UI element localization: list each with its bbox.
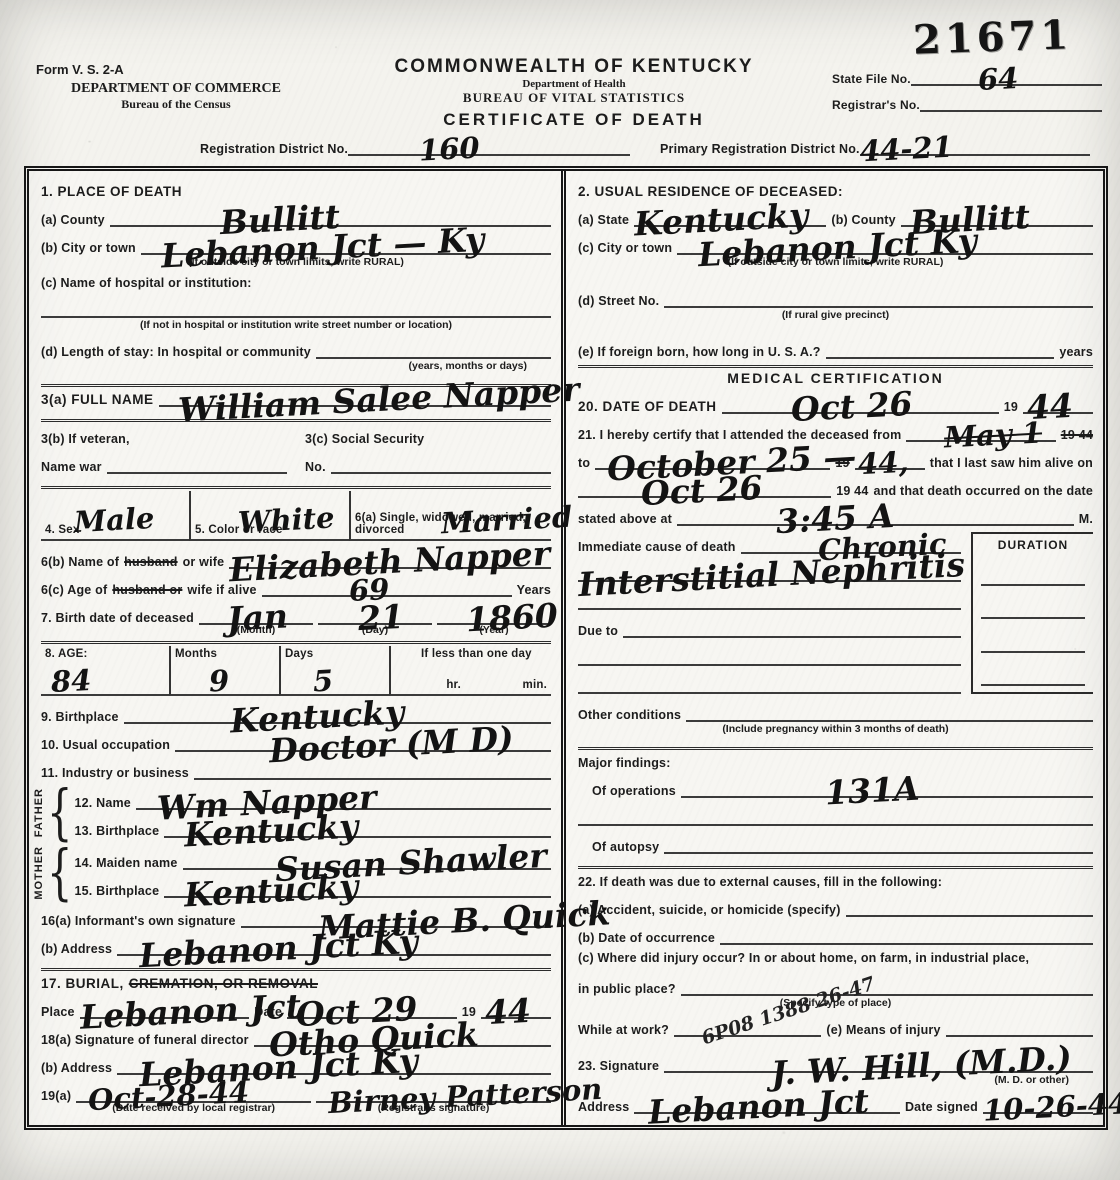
mother-birthplace-value: Kentucky bbox=[183, 872, 359, 909]
state-file-value: 64 bbox=[977, 66, 1019, 93]
funeral-address-line: Lebanon Jct Ky bbox=[117, 1059, 551, 1075]
father-birthplace-line: Kentucky bbox=[164, 822, 551, 838]
department-of-health: Department of Health bbox=[324, 78, 824, 90]
residence-street-label: (d) Street No. bbox=[578, 294, 659, 308]
registrar-date-line: Oct-28-44 (Date received by local regist… bbox=[76, 1087, 311, 1103]
date-signed-label: Date signed bbox=[905, 1100, 978, 1114]
birthdate-row: 7. Birth date of deceased Jan (Month) 21… bbox=[41, 607, 551, 625]
mother-maiden-label: 14. Maiden name bbox=[74, 856, 177, 870]
duration-box: DURATION bbox=[971, 532, 1093, 694]
header-center: COMMONWEALTH OF KENTUCKY Department of H… bbox=[324, 56, 824, 130]
birth-month-value: Jan bbox=[227, 602, 289, 633]
major-findings-row: Major findings: bbox=[578, 747, 1093, 770]
birthplace-label: 9. Birthplace bbox=[41, 710, 119, 724]
immediate-cause-row-2: Interstitial Nephritis bbox=[578, 564, 961, 582]
cause-blank-row-3 bbox=[578, 676, 961, 694]
veteran-ssn-row: 3(b) If veteran, Name war 3(c) Social Se… bbox=[41, 419, 551, 474]
registration-district-value: 160 bbox=[418, 136, 480, 164]
header-right: State File No. 64 Registrar's No. bbox=[832, 56, 1102, 122]
residence-street-row: (d) Street No. bbox=[578, 290, 1093, 308]
residence-state-label: (a) State bbox=[578, 213, 629, 227]
other-conditions-row: Other conditions bbox=[578, 704, 1093, 722]
father-side-label: FATHER bbox=[33, 788, 45, 837]
birth-month-line: Jan (Month) bbox=[199, 609, 313, 625]
duration-label: DURATION bbox=[981, 538, 1085, 552]
autopsy-label: Of autopsy bbox=[592, 840, 659, 854]
pod-stay-line bbox=[316, 343, 551, 359]
pod-county-line: Bullitt bbox=[110, 211, 551, 227]
funeral-address-row: (b) Address Lebanon Jct Ky bbox=[41, 1057, 551, 1075]
certify-from-year: 19 44 bbox=[1061, 428, 1093, 442]
age-lessday-label: If less than one day bbox=[421, 648, 532, 661]
informant-address-label: (b) Address bbox=[41, 942, 112, 956]
physician-address-value: Lebanon Jct bbox=[647, 1087, 869, 1127]
birth-day-line: 21 (Day) bbox=[318, 609, 432, 625]
certify-seen-year: 19 44 bbox=[836, 484, 868, 498]
operations-line: 131A bbox=[681, 782, 1093, 798]
pod-hospital-label: (c) Name of hospital or institution: bbox=[41, 276, 252, 290]
duration-line-3 bbox=[981, 639, 1085, 653]
age-row: 8. AGE: 84 Months 9 Days 5 If less than … bbox=[41, 641, 551, 696]
registrar-row-label: 19(a) bbox=[41, 1089, 71, 1103]
external-causes-title-row: 22. If death was due to external causes,… bbox=[578, 866, 1093, 889]
date-of-death-value: Oct 26 bbox=[790, 390, 913, 424]
certify-meridiem: M. bbox=[1079, 512, 1093, 526]
age-days-label: Days bbox=[285, 648, 313, 661]
burial-place-line: Lebanon Jct bbox=[80, 1003, 250, 1019]
external-causes-title: 22. If death was due to external causes,… bbox=[578, 875, 942, 889]
ssn-no-label: No. bbox=[305, 460, 326, 474]
age-months-label: Months bbox=[175, 648, 217, 661]
marital-cell: 6(a) Single, widowed, married, divorced … bbox=[349, 491, 551, 541]
informant-address-value: Lebanon Jct Ky bbox=[138, 927, 418, 970]
father-name-label: 12. Name bbox=[74, 796, 131, 810]
father-birthplace-label: 13. Birthplace bbox=[74, 824, 159, 838]
accident-row: (a) Accident, suicide, or homicide (spec… bbox=[578, 899, 1093, 917]
operations-value: 131A bbox=[824, 774, 920, 807]
department-of-commerce: DEPARTMENT OF COMMERCE bbox=[36, 81, 316, 97]
right-column: 2. USUAL RESIDENCE OF DECEASED: (a) Stat… bbox=[566, 171, 1103, 1125]
autopsy-line bbox=[664, 838, 1093, 854]
occupation-value: Doctor (M D) bbox=[268, 725, 514, 766]
birth-day-value: 21 bbox=[357, 603, 404, 633]
injury-where-label-2: in public place? bbox=[578, 982, 676, 996]
age-years-cell: 8. AGE: 84 bbox=[41, 646, 169, 696]
spouse-age-label-pre: 6(c) Age of bbox=[41, 583, 107, 597]
registration-district-line: 160 bbox=[348, 140, 630, 156]
spouse-name-label-struck: husband bbox=[124, 555, 177, 569]
burial-title: 17. BURIAL, bbox=[41, 976, 124, 991]
major-findings-label: Major findings: bbox=[578, 756, 671, 770]
pod-stay-hint: (years, months or days) bbox=[41, 360, 551, 372]
operations-row: Of operations 131A bbox=[578, 780, 1093, 798]
certify-to-year-line: 44, bbox=[855, 454, 925, 470]
father-group: FATHER { 12. Name Wm Napper 13. Birthpla… bbox=[41, 788, 551, 838]
foreign-born-row: (e) If foreign born, how long in U. S. A… bbox=[578, 341, 1093, 359]
certificate-title: CERTIFICATE OF DEATH bbox=[324, 110, 824, 130]
spouse-name-label-post: or wife bbox=[183, 555, 225, 569]
place-of-death-title: 1. PLACE OF DEATH bbox=[41, 184, 182, 199]
residence-street-line bbox=[664, 292, 1093, 308]
burial-place-label: Place bbox=[41, 1005, 75, 1019]
means-of-injury-line bbox=[946, 1021, 1093, 1037]
residence-street-hint: (If rural give precinct) bbox=[578, 309, 1093, 321]
age-min-label: min. bbox=[523, 679, 547, 692]
bureau-vital-statistics: BUREAU OF VITAL STATISTICS bbox=[324, 90, 824, 106]
operations-label: Of operations bbox=[592, 784, 676, 798]
foreign-born-suffix: years bbox=[1059, 345, 1093, 359]
primary-district-value: 44-21 bbox=[859, 135, 953, 164]
mother-side-label: MOTHER bbox=[33, 846, 45, 900]
header-left: Form V. S. 2-A DEPARTMENT OF COMMERCE Bu… bbox=[36, 56, 316, 112]
cause-blank-line-3 bbox=[578, 678, 961, 694]
birth-year-line: 1860 (Year) bbox=[437, 609, 551, 625]
race-value: White bbox=[238, 506, 336, 536]
other-conditions-hint: (Include pregnancy within 3 months of de… bbox=[578, 723, 1093, 735]
cause-of-death-block: Immediate cause of death Chronic Interst… bbox=[578, 532, 1093, 694]
cause-blank-line-2 bbox=[578, 650, 961, 666]
certify-to-year-value: 44, bbox=[858, 450, 910, 477]
physician-signature-label: 23. Signature bbox=[578, 1059, 659, 1073]
registrar-no-label: Registrar's No. bbox=[832, 98, 920, 112]
other-conditions-label: Other conditions bbox=[578, 708, 681, 722]
certify-text-2: that I last saw him alive on bbox=[930, 456, 1093, 470]
age-lessday-cell: If less than one day hr. min. bbox=[389, 646, 551, 696]
due-to-line bbox=[623, 622, 961, 638]
injury-where-line bbox=[681, 980, 1093, 996]
date-of-death-label: 20. DATE OF DEATH bbox=[578, 399, 717, 414]
registrar-no-line bbox=[920, 96, 1102, 112]
age-months-value: 9 bbox=[208, 669, 229, 695]
age-years-value: 84 bbox=[51, 668, 93, 695]
informant-row: 16(a) Informant's own signature Mattie B… bbox=[41, 910, 551, 928]
accident-line bbox=[846, 901, 1093, 917]
physician-address-row: Address Lebanon Jct Date signed 10-26-44 bbox=[578, 1096, 1093, 1114]
injury-where-row-1: (c) Where did injury occur? In or about … bbox=[578, 949, 1093, 968]
immediate-cause-line-2: Interstitial Nephritis bbox=[578, 566, 961, 582]
physician-signature-line: J. W. Hill, (M.D.) bbox=[664, 1057, 1093, 1073]
district-row: Registration District No. 160 Primary Re… bbox=[200, 140, 1090, 156]
autopsy-row: Of autopsy bbox=[578, 836, 1093, 854]
certify-row-2: to October 25 — 19 44, that I last saw h… bbox=[578, 452, 1093, 470]
informant-label: 16(a) Informant's own signature bbox=[41, 914, 236, 928]
medical-certification-title: MEDICAL CERTIFICATION bbox=[578, 365, 1093, 386]
birthdate-label: 7. Birth date of deceased bbox=[41, 611, 194, 625]
age-days-value: 5 bbox=[313, 669, 334, 695]
father-brace: { bbox=[47, 783, 72, 843]
date-signed-line: 10-26-44 bbox=[983, 1098, 1093, 1114]
injury-where-label-1: (c) Where did injury occur? In or about … bbox=[578, 949, 1029, 968]
foreign-born-line bbox=[826, 343, 1055, 359]
residence-city-label: (c) City or town bbox=[578, 241, 672, 255]
veteran-label: 3(b) If veteran, bbox=[41, 432, 130, 446]
foreign-born-label: (e) If foreign born, how long in U. S. A… bbox=[578, 345, 821, 359]
mother-birthplace-line: Kentucky bbox=[164, 882, 551, 898]
certify-text-3: and that death occurred on the date bbox=[873, 484, 1093, 498]
full-name-value: William Salee Napper bbox=[178, 375, 581, 424]
funeral-director-label: 18(a) Signature of funeral director bbox=[41, 1033, 249, 1047]
accident-label: (a) Accident, suicide, or homicide (spec… bbox=[578, 903, 841, 917]
spouse-name-label-pre: 6(b) Name of bbox=[41, 555, 119, 569]
pod-city-line: Lebanon Jct — Ky bbox=[141, 239, 551, 255]
certify-row-3: Oct 26 19 44 and that death occurred on … bbox=[578, 480, 1093, 498]
sex-value: Male bbox=[73, 506, 155, 535]
duration-line-4 bbox=[981, 672, 1085, 686]
bureau-of-census: Bureau of the Census bbox=[36, 97, 316, 112]
funeral-address-label: (b) Address bbox=[41, 1061, 112, 1075]
certify-time-line: 3:45 A bbox=[677, 510, 1074, 526]
spouse-age-suffix: Years bbox=[517, 583, 551, 597]
means-of-injury-label: (e) Means of injury bbox=[826, 1023, 940, 1037]
registrar-signature-line: Birney Patterson (Registrar's signature) bbox=[316, 1087, 551, 1103]
veteran-war-label: Name war bbox=[41, 460, 102, 474]
residence-state-county-row: (a) State Kentucky (b) County Bullitt bbox=[578, 209, 1093, 227]
race-cell: 5. Color or race White bbox=[189, 491, 349, 541]
immediate-cause-label: Immediate cause of death bbox=[578, 540, 736, 554]
occurrence-row: (b) Date of occurrence bbox=[578, 927, 1093, 945]
date-of-death-year-line: 44 bbox=[1023, 398, 1093, 414]
birth-year-value: 1860 bbox=[465, 602, 558, 635]
death-certificate-scan: 21671 Form V. S. 2-A DEPARTMENT OF COMME… bbox=[0, 0, 1120, 1180]
state-file-line: 64 bbox=[911, 70, 1102, 86]
form-number: Form V. S. 2-A bbox=[36, 62, 316, 77]
certify-to-label: to bbox=[578, 456, 590, 470]
cause-blank-row-2 bbox=[578, 648, 961, 666]
due-to-row: Due to bbox=[578, 620, 961, 638]
certify-text-4: stated above at bbox=[578, 512, 672, 526]
pod-city-label: (b) City or town bbox=[41, 241, 136, 255]
at-work-row: While at work? (e) Means of injury bbox=[578, 1019, 1093, 1037]
burial-year-line: 44 bbox=[481, 1003, 551, 1019]
residence-state-line: Kentucky bbox=[634, 211, 826, 227]
certify-to-line: October 25 — bbox=[595, 454, 830, 470]
spouse-name-row: 6(b) Name of husband or wife Elizabeth N… bbox=[41, 551, 551, 569]
date-of-death-year-prefix: 19 bbox=[1004, 400, 1018, 414]
state-file-label: State File No. bbox=[832, 72, 911, 86]
full-name-line: William Salee Napper bbox=[159, 391, 551, 407]
file-number-stamp: 21671 bbox=[912, 11, 1073, 64]
other-conditions-line bbox=[686, 706, 1093, 722]
age-months-cell: Months 9 bbox=[169, 646, 279, 696]
physician-signature-row: 23. Signature J. W. Hill, (M.D.) bbox=[578, 1055, 1093, 1073]
date-signed-value: 10-26-44 bbox=[982, 1091, 1120, 1123]
occupation-row: 10. Usual occupation Doctor (M D) bbox=[41, 734, 551, 752]
spouse-name-line: Elizabeth Napper bbox=[229, 553, 551, 569]
mother-brace: { bbox=[47, 843, 72, 903]
primary-district-line: 44-21 bbox=[860, 140, 1090, 156]
date-of-death-row: 20. DATE OF DEATH Oct 26 19 44 bbox=[578, 396, 1093, 414]
full-name-label: 3(a) FULL NAME bbox=[41, 392, 154, 407]
occurrence-label: (b) Date of occurrence bbox=[578, 931, 715, 945]
registrar-date-value: Oct-28-44 bbox=[87, 1080, 249, 1113]
duration-line-1 bbox=[981, 572, 1085, 586]
residence-city-line: Lebanon Jct Ky bbox=[677, 239, 1093, 255]
certificate-body: 1. PLACE OF DEATH (a) County Bullitt (b)… bbox=[24, 166, 1108, 1130]
registrar-row: 19(a) Oct-28-44 (Date received by local … bbox=[41, 1085, 551, 1103]
age-days-cell: Days 5 bbox=[279, 646, 389, 696]
pod-hospital-line bbox=[41, 302, 551, 318]
left-column: 1. PLACE OF DEATH (a) County Bullitt (b)… bbox=[29, 171, 566, 1125]
at-work-label: While at work? bbox=[578, 1023, 669, 1037]
informant-address-row: (b) Address Lebanon Jct Ky bbox=[41, 938, 551, 956]
mother-maiden-line: Susan Shawler bbox=[183, 854, 552, 870]
commonwealth-title: COMMONWEALTH OF KENTUCKY bbox=[324, 56, 824, 78]
injury-where-row-2: in public place? 6P08 1388 26-47 bbox=[578, 978, 1093, 996]
registration-district-label: Registration District No. bbox=[200, 142, 348, 156]
pod-hospital-hint: (If not in hospital or institution write… bbox=[41, 319, 551, 331]
informant-address-line: Lebanon Jct Ky bbox=[117, 940, 551, 956]
occurrence-line bbox=[720, 929, 1093, 945]
sex-race-marital-row: 4. Sex Male 5. Color or race White 6(a) … bbox=[41, 486, 551, 541]
age-label: 8. AGE: bbox=[45, 648, 88, 661]
veteran-war-line bbox=[107, 458, 287, 474]
occupation-label: 10. Usual occupation bbox=[41, 738, 170, 752]
physician-address-line: Lebanon Jct bbox=[634, 1098, 900, 1114]
ssn-line bbox=[331, 458, 551, 474]
date-of-death-line: Oct 26 bbox=[722, 398, 999, 414]
certify-from-value: May 1 bbox=[943, 421, 1042, 451]
duration-line-2 bbox=[981, 605, 1085, 619]
mother-birthplace-label: 15. Birthplace bbox=[74, 884, 159, 898]
age-hr-label: hr. bbox=[446, 679, 461, 692]
full-name-row: 3(a) FULL NAME William Salee Napper bbox=[41, 384, 551, 407]
sex-cell: 4. Sex Male bbox=[41, 491, 189, 541]
marital-value: Married bbox=[440, 505, 572, 536]
certify-seen-value: Oct 26 bbox=[641, 474, 764, 508]
pod-county-label: (a) County bbox=[41, 213, 105, 227]
findings-blank-line bbox=[578, 810, 1093, 826]
ssn-label: 3(c) Social Security bbox=[305, 432, 424, 446]
primary-district-label: Primary Registration District No. bbox=[660, 142, 860, 156]
spouse-name-value: Elizabeth Napper bbox=[229, 540, 551, 585]
spouse-age-label-struck: husband or bbox=[112, 583, 182, 597]
burial-year-value: 44 bbox=[484, 996, 531, 1026]
pod-stay-label: (d) Length of stay: In hospital or commu… bbox=[41, 345, 311, 359]
mother-group: MOTHER { 14. Maiden name Susan Shawler 1… bbox=[41, 846, 551, 900]
father-birthplace-value: Kentucky bbox=[183, 812, 359, 849]
certify-from-line: May 1 bbox=[906, 426, 1055, 442]
registrar-signature-value: Birney Patterson bbox=[327, 1077, 602, 1116]
due-to-label: Due to bbox=[578, 624, 618, 638]
